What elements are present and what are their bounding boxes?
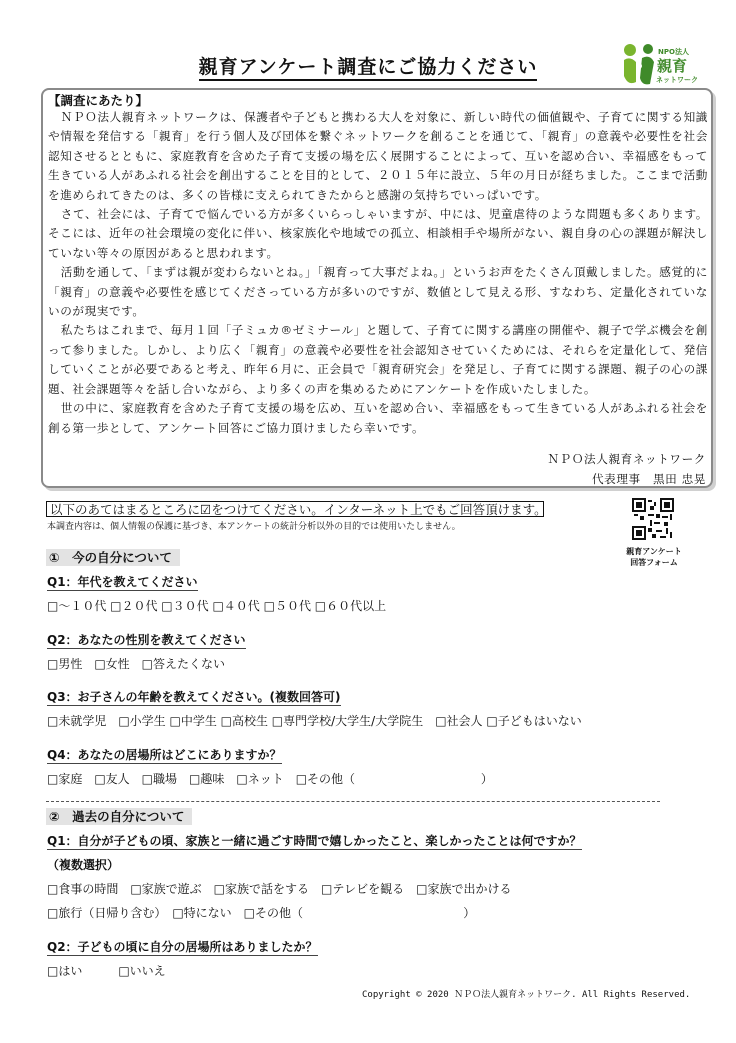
intro-paragraph: ＮＰＯ法人親育ネットワークは、保護者や子どもと携わる大人を対象に、新しい時代の価… <box>48 108 708 205</box>
section1-heading: ① 今の自分について <box>46 549 180 566</box>
intro-paragraph: 活動を通して、「まずは親が変わらないとね。」「親育って大事だよね。」というお声を… <box>48 263 708 321</box>
signature-org: ＮＰＯ法人親育ネットワーク <box>547 451 706 467</box>
qr-label-line: 回答フォーム <box>618 557 690 568</box>
section-divider <box>46 801 660 802</box>
copyright: Copyright © 2020 ＮＰＯ法人親育ネットワーク. All Righ… <box>362 987 690 1000</box>
s2-q2-options[interactable]: □はい □いいえ <box>47 963 166 979</box>
s1-q3-options[interactable]: □未就学児 □小学生 □中学生 □高校生 □専門学校/大学生/大学院生 □社会人… <box>47 713 582 729</box>
s2-q1-options-row1[interactable]: □食事の時間 □家族で遊ぶ □家族で話をする □テレビを観る □家族で出かける <box>47 881 511 897</box>
privacy-note: 本調査内容は、個人情報の保護に基づき、本アンケートの統計分析以外の目的では使用い… <box>47 519 461 532</box>
intro-paragraph: 私たちはこれまで、毎月１回「子ミュカ®ゼミナール」と題して、子育てに関する講座の… <box>48 321 708 399</box>
s2-q1-label: Q1：自分が子どもの頃、家族と一緒に過ごす時間で嬉しかったこと、楽しかったことは… <box>47 833 582 850</box>
s1-q2-options[interactable]: □男性 □女性 □答えたくない <box>47 656 225 672</box>
qr-label-line: 親育アンケート <box>618 546 690 557</box>
intro-paragraph: さて、社会には、子育てで悩んでいる方が多くいらっしゃいますが、中には、児童虐待の… <box>48 205 708 263</box>
family-logo-icon: NPO法人 親育 ネットワーク <box>622 42 702 90</box>
s1-q1-options[interactable]: □～１０代 □２０代 □３０代 □４０代 □５０代 □６０代以上 <box>47 598 386 614</box>
intro-body: ＮＰＯ法人親育ネットワークは、保護者や子どもと携わる大人を対象に、新しい時代の価… <box>48 108 708 438</box>
svg-text:親育: 親育 <box>657 57 687 75</box>
s2-q1-note: （複数選択） <box>47 857 119 873</box>
qr-code[interactable] <box>632 498 674 540</box>
npo-logo: NPO法人 親育 ネットワーク <box>622 42 702 90</box>
s2-q2-label: Q2：子どもの頃に自分の居場所はありましたか？ <box>47 939 318 956</box>
section2-heading: ② 過去の自分について <box>46 808 192 825</box>
instructions: 以下のあてはまるところに☑をつけてください。インターネット上でもご回答頂けます。 <box>46 501 544 517</box>
s1-q1-label: Q1：年代を教えてください <box>47 574 198 591</box>
s1-q4-label: Q4：あなたの居場所はどこにありますか？ <box>47 747 282 764</box>
svg-text:NPO法人: NPO法人 <box>658 47 689 56</box>
qr-label: 親育アンケート 回答フォーム <box>618 546 690 568</box>
svg-text:ネットワーク: ネットワーク <box>656 75 698 84</box>
qr-code-icon <box>632 498 674 540</box>
s1-q4-options[interactable]: □家庭 □友人 □職場 □趣味 □ネット □その他（ ） <box>47 771 493 787</box>
intro-heading: 【調査にあたり】 <box>48 91 148 109</box>
intro-paragraph: 世の中に、家庭教育を含めた子育て支援の場を広め、互いを認め合い、幸福感をもって生… <box>48 399 708 438</box>
s2-q1-options-row2[interactable]: □旅行（日帰り含む） □特にない □その他（ ） <box>47 905 475 921</box>
title-text: 親育アンケート調査にご協力ください <box>199 56 538 81</box>
s1-q3-label: Q3：お子さんの年齢を教えてください。(複数回答可) <box>47 689 341 706</box>
signature-name: 代表理事 黒田 忠晃 <box>592 471 706 487</box>
s1-q2-label: Q2：あなたの性別を教えてください <box>47 632 246 649</box>
